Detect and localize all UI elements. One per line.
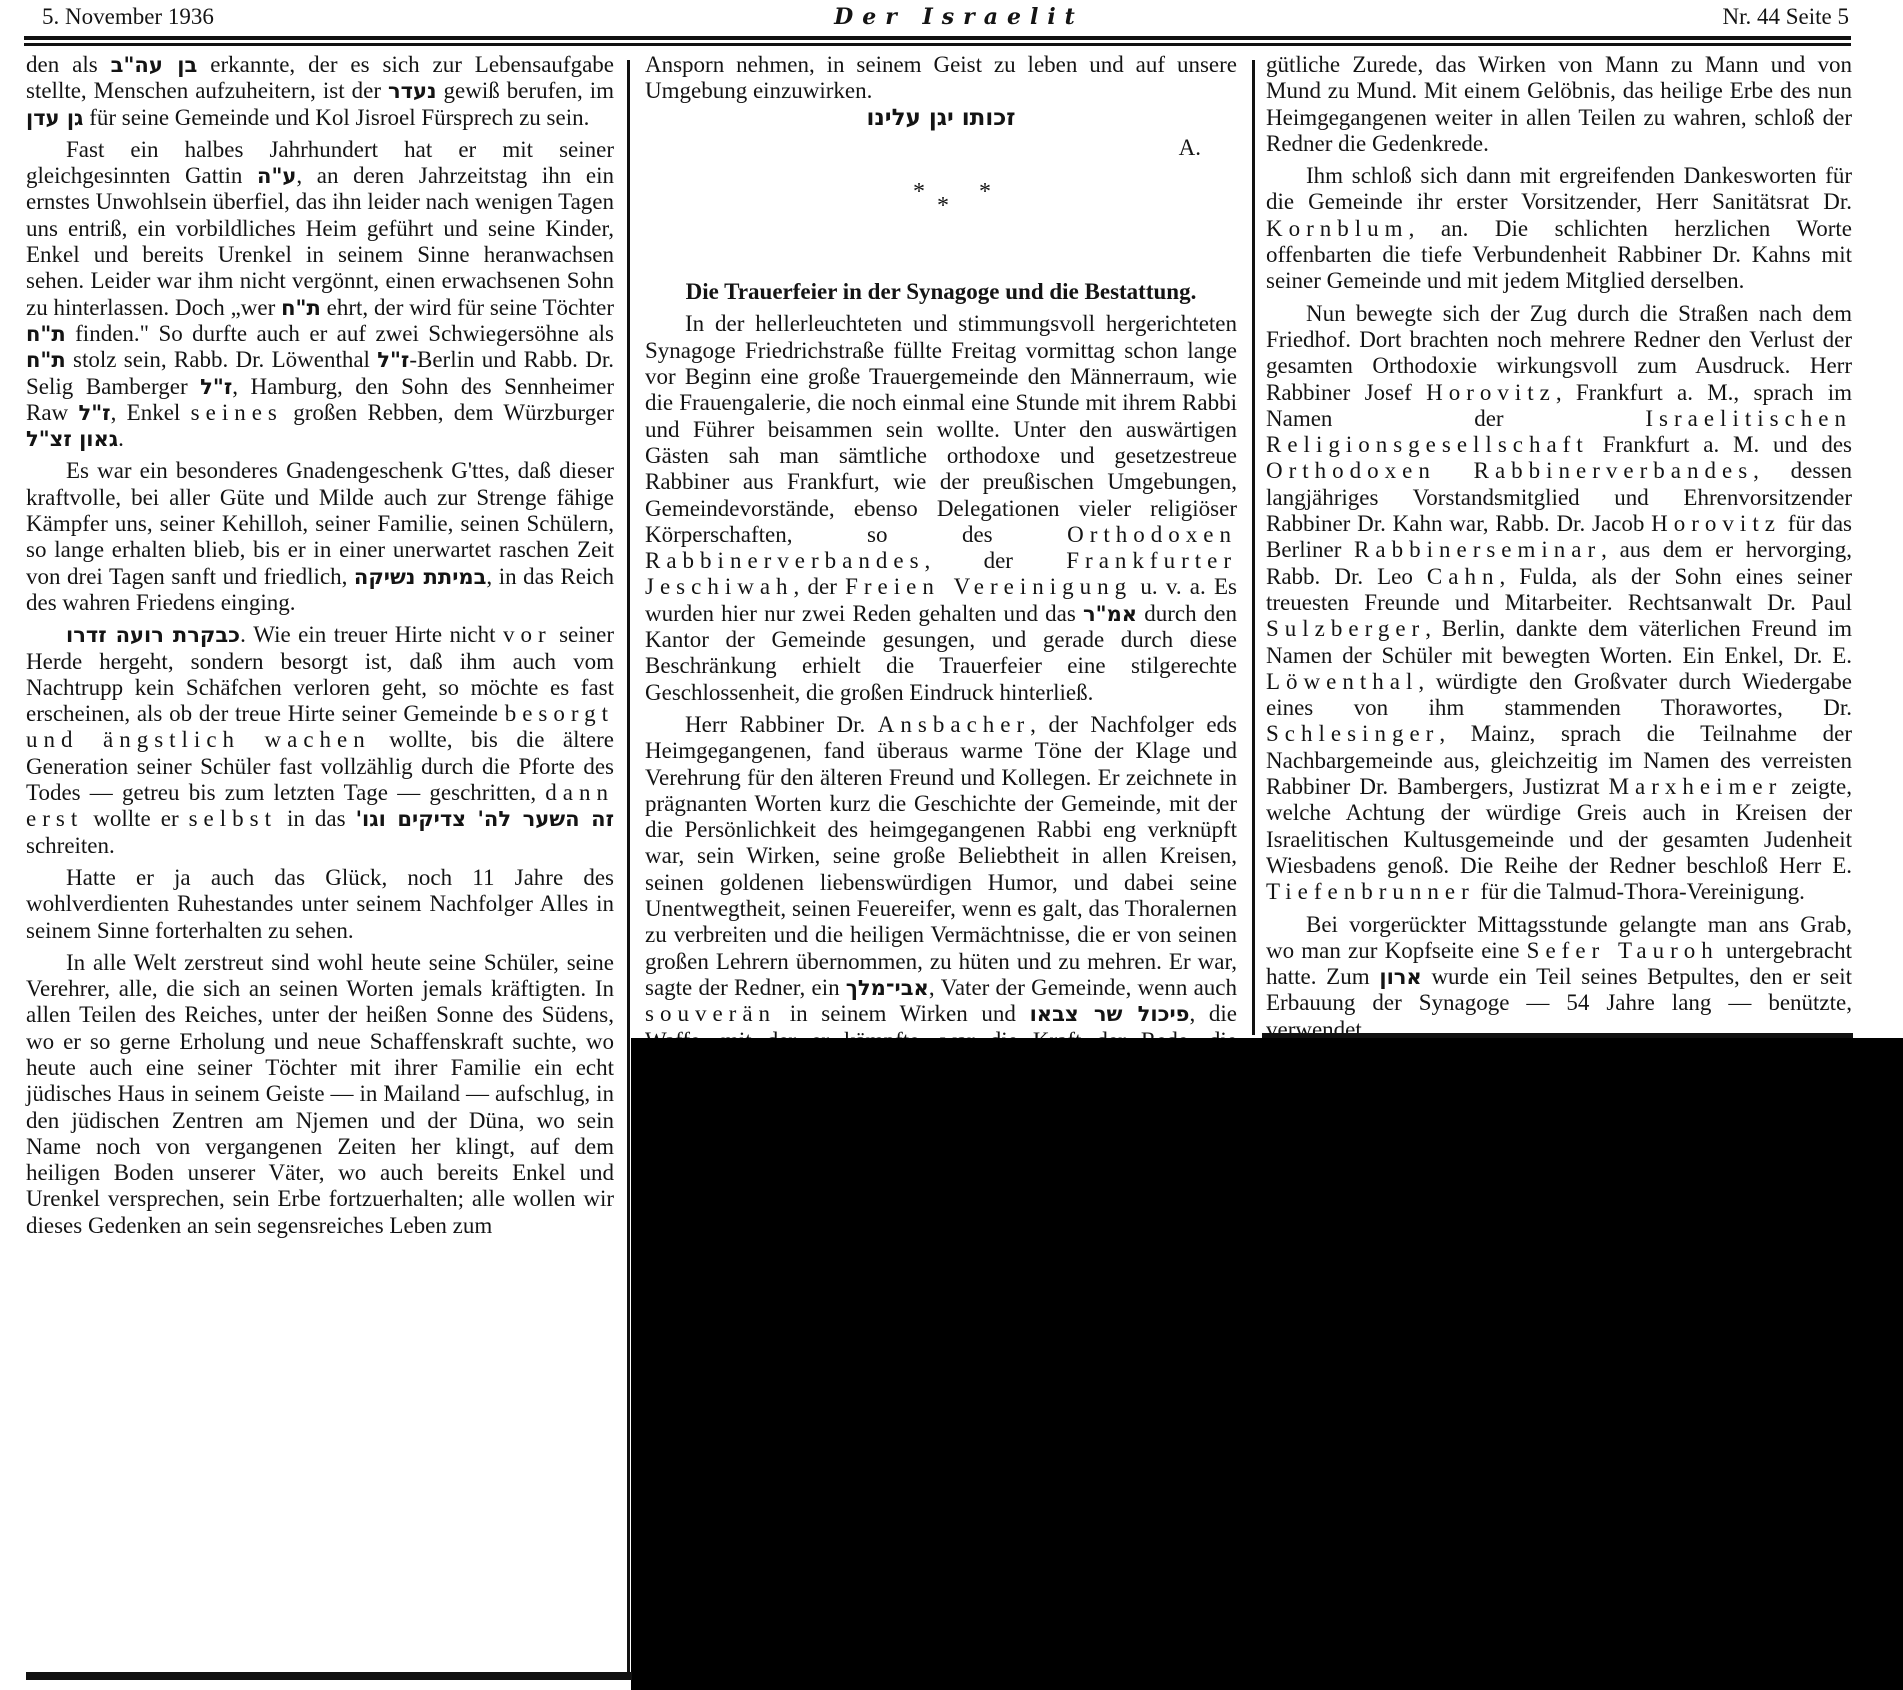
hebrew-text: ת"ח	[26, 348, 66, 372]
hebrew-text: ז"ל	[79, 401, 111, 425]
spaced-emphasis: Freien Vereinigung	[845, 574, 1132, 599]
section-separator-stars: * * *	[645, 179, 1237, 239]
paragraph: Ihm schloß sich dann mit ergreifenden Da…	[1266, 163, 1852, 294]
spaced-emphasis: Orthodoxen Rabbinerverbandes	[1266, 458, 1753, 483]
spaced-emphasis: Marxheimer	[1609, 774, 1783, 799]
hebrew-text: בן עה"ב	[111, 53, 198, 77]
hebrew-text: גאון זצ"ל	[26, 427, 118, 451]
column-divider	[627, 60, 630, 1680]
hebrew-text: ע"ה	[257, 164, 296, 188]
header-rule-secondary	[24, 43, 1851, 46]
page-bottom-rule	[26, 1672, 632, 1680]
hebrew-text: ז"ל	[200, 375, 232, 399]
header-rule	[24, 36, 1851, 40]
hebrew-text: אמ"ר	[1083, 602, 1137, 626]
paragraph: den als בן עה"ב erkannte, der es sich zu…	[26, 52, 614, 131]
spaced-emphasis: Horovitz	[1651, 511, 1781, 536]
paragraph: Nun bewegte sich der Zug durch die Straß…	[1266, 301, 1852, 906]
hebrew-text: ת"ח	[26, 322, 66, 346]
paragraph: In der hellerleuchteten und stimmungsvol…	[645, 311, 1237, 705]
paragraph: gütliche Zurede, das Wirken von Mann zu …	[1266, 52, 1852, 157]
hebrew-text: במיתת נשיקה	[354, 565, 487, 589]
spaced-emphasis: Tiefenbrunner	[1266, 879, 1475, 904]
spaced-emphasis: Kornblum	[1266, 216, 1409, 241]
paragraph: Herr Rabbiner Dr. Ansbacher, der Nachfol…	[645, 712, 1237, 1080]
issue-page-number: Nr. 44 Seite 5	[1723, 2, 1850, 32]
spaced-emphasis: Horovitz	[1426, 380, 1556, 405]
paragraph: Ansporn nehmen, in seinem Geist zu leben…	[645, 52, 1237, 105]
newspaper-title: Der Israelit	[0, 2, 1903, 32]
hebrew-text: נעדר	[388, 79, 437, 103]
paragraph: Es war ein besonderes Gnadengeschenk G't…	[26, 458, 614, 616]
article-column-2: Ansporn nehmen, in seinem Geist zu leben…	[645, 52, 1237, 1080]
hebrew-text: אבי־מלך	[846, 976, 929, 1000]
spaced-emphasis: Sulzberger	[1266, 616, 1425, 641]
masked-region	[631, 1038, 1903, 1690]
hebrew-closing: זכותו יגן עלינו	[645, 105, 1237, 131]
article-column-3: gütliche Zurede, das Wirken von Mann zu …	[1266, 52, 1852, 1075]
spaced-emphasis: Ansbacher	[878, 712, 1030, 737]
author-signature: A.	[645, 135, 1237, 161]
star-icon: *	[937, 193, 949, 219]
column-divider	[1252, 60, 1255, 1035]
hebrew-text: זה השער לה' צדיקים וגו'	[356, 807, 614, 831]
paragraph: Hatte er ja auch das Glück, noch 11 Jahr…	[26, 865, 614, 944]
hebrew-text: גן עדן	[26, 106, 83, 130]
spaced-emphasis: Löwenthal	[1266, 669, 1418, 694]
spaced-emphasis: vor	[503, 622, 552, 647]
spaced-emphasis: Cahn	[1427, 564, 1500, 589]
hebrew-text: פיכול שר צבאו	[1030, 1002, 1190, 1026]
spaced-emphasis: Schlesinger	[1266, 721, 1439, 746]
spaced-emphasis: seines	[191, 400, 283, 425]
hebrew-text: ז"ל	[377, 348, 409, 372]
hebrew-text: כבקרת רועה זדרו	[66, 623, 240, 647]
section-headline: Die Trauerfeier in der Synagoge und die …	[645, 279, 1237, 305]
star-icon: *	[979, 179, 991, 205]
spaced-emphasis: Sefer Tauroh	[1527, 938, 1719, 963]
paragraph: In alle Welt zerstreut sind wohl heute s…	[26, 950, 614, 1239]
paragraph: Bei vorgerückter Mittagsstunde gelangte …	[1266, 912, 1852, 1043]
article-column-1: den als בן עה"ב erkannte, der es sich zu…	[26, 52, 614, 1239]
spaced-emphasis: selbst	[189, 806, 277, 831]
spaced-emphasis: Rabbinerseminar	[1354, 537, 1601, 562]
hebrew-text: ארון	[1379, 965, 1421, 989]
spaced-emphasis: souverän	[645, 1001, 776, 1026]
hebrew-text: ת"ח	[281, 296, 321, 320]
paragraph: כבקרת רועה זדרו. Wie ein treuer Hirte ni…	[26, 622, 614, 859]
star-icon: *	[913, 179, 925, 205]
paragraph: Fast ein halbes Jahrhundert hat er mit s…	[26, 137, 614, 453]
